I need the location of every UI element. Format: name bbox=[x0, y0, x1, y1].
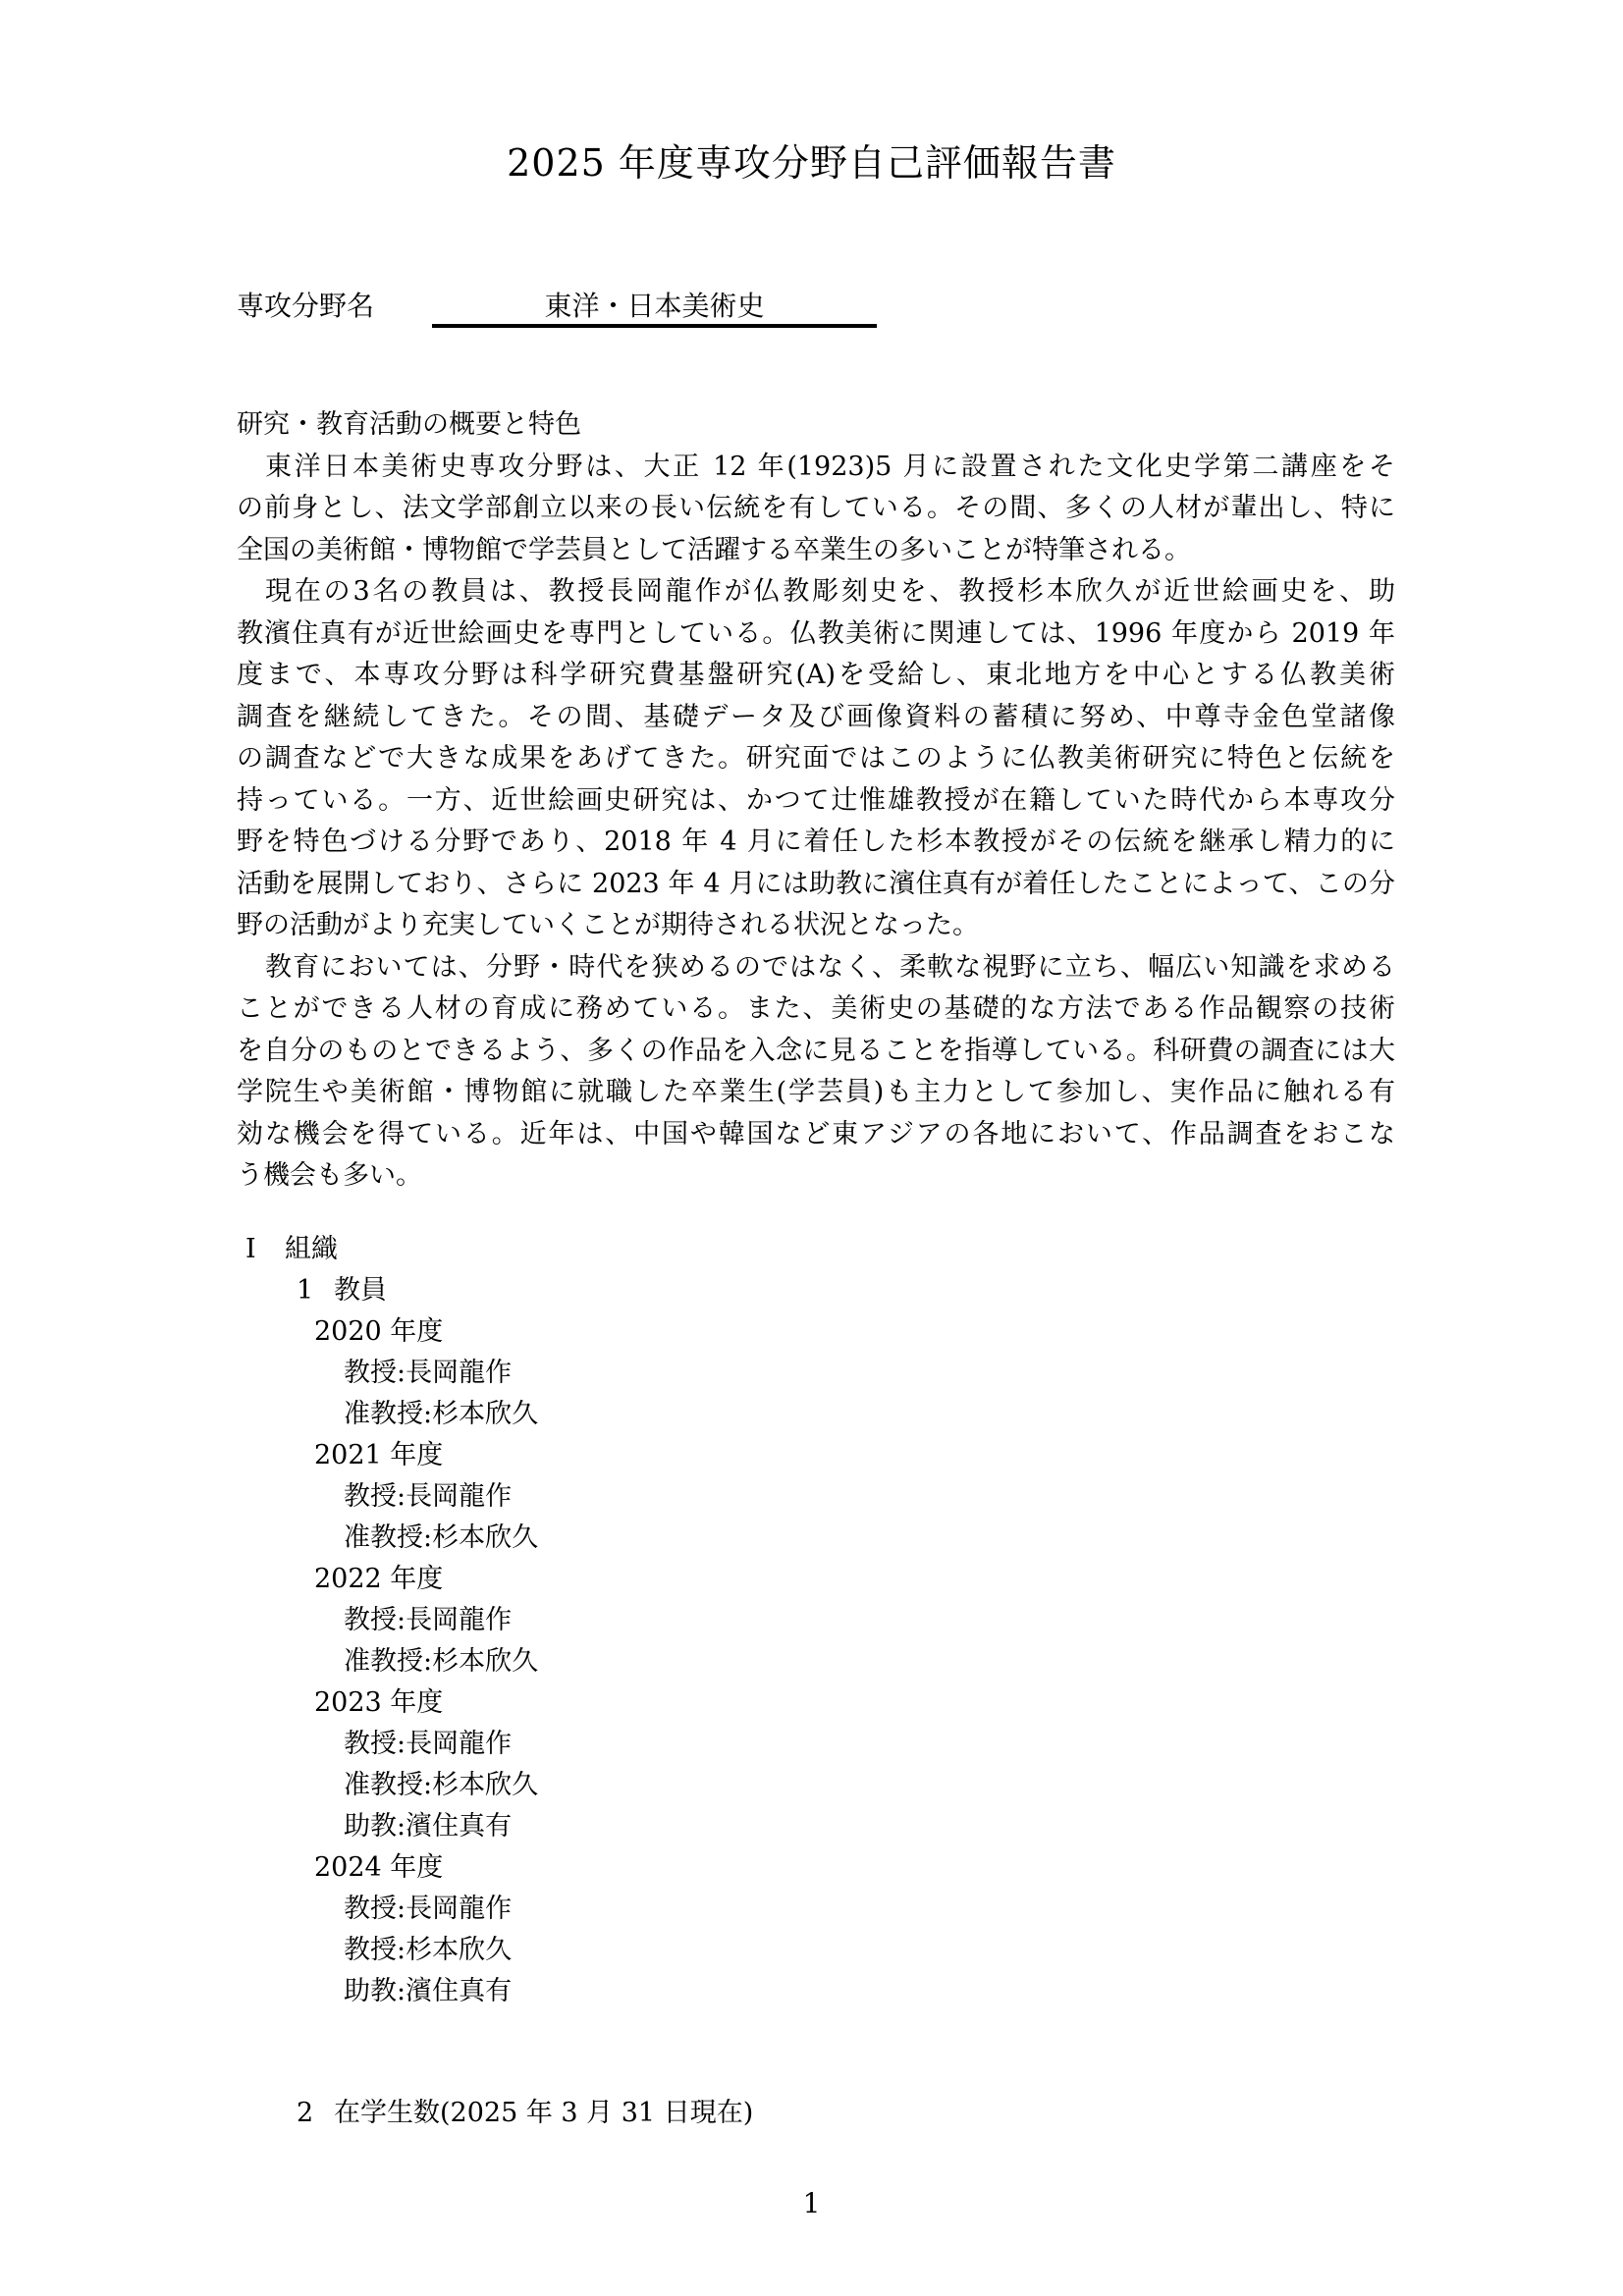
fiscal-year-label: 2022 年度 bbox=[237, 1559, 1395, 1600]
fiscal-year-label: 2021 年度 bbox=[237, 1435, 1395, 1476]
paragraph-line: 活動を展開しており、さらに 2023 年 4 月には助教に濱住真有が着任したこと… bbox=[237, 864, 1395, 906]
fiscal-year-label: 2024 年度 bbox=[237, 1847, 1395, 1889]
faculty-member: 助教:濱住真有 bbox=[237, 1971, 1395, 2012]
section-number: Ⅰ bbox=[245, 1229, 285, 1270]
subsection-heading-students: 2在学生数(2025 年 3 月 31 日現在) bbox=[237, 2093, 1395, 2134]
organization-section: Ⅰ組織 1教員 2020 年度教授:長岡龍作准教授:杉本欣久2021 年度教授:… bbox=[237, 1229, 1395, 2012]
overview-heading: 研究・教育活動の概要と特色 bbox=[237, 404, 1395, 447]
subsection-title: 教員 bbox=[334, 1275, 387, 1306]
overview-section: 研究・教育活動の概要と特色 東洋日本美術史専攻分野は、大正 12 年(1923)… bbox=[237, 404, 1395, 1198]
paragraph-line: の調査などで大きな成果をあげてきた。研究面ではこのように仏教美術研究に特色と伝統… bbox=[237, 738, 1395, 780]
document-page: 2025 年度専攻分野自己評価報告書 専攻分野名 東洋・日本美術史 研究・教育活… bbox=[0, 0, 1623, 2296]
fiscal-year-label: 2023 年度 bbox=[237, 1682, 1395, 1724]
paragraph-line: 野を特色づける分野であり、2018 年 4 月に着任した杉本教授がその伝統を継承… bbox=[237, 822, 1395, 864]
paragraph-line: 全国の美術館・博物館で学芸員として活躍する卒業生の多いことが特筆される。 bbox=[237, 530, 1395, 572]
field-name-underline: 東洋・日本美術史 bbox=[432, 285, 877, 328]
faculty-member: 教授:長岡龍作 bbox=[237, 1600, 1395, 1641]
students-section: 2在学生数(2025 年 3 月 31 日現在) bbox=[237, 2093, 1395, 2134]
paragraph-line: 野の活動がより充実していくことが期待される状況となった。 bbox=[237, 905, 1395, 947]
fiscal-year-label: 2020 年度 bbox=[237, 1311, 1395, 1353]
faculty-member: 教授:長岡龍作 bbox=[237, 1724, 1395, 1765]
field-name-value: 東洋・日本美術史 bbox=[544, 290, 764, 322]
page-number: 1 bbox=[0, 2183, 1623, 2224]
faculty-member: 教授:長岡龍作 bbox=[237, 1889, 1395, 1930]
faculty-member: 准教授:杉本欣久 bbox=[237, 1765, 1395, 1806]
faculty-year-list: 2020 年度教授:長岡龍作准教授:杉本欣久2021 年度教授:長岡龍作准教授:… bbox=[237, 1311, 1395, 2012]
section-title: 組織 bbox=[285, 1234, 338, 1264]
paragraph-line: 度まで、本専攻分野は科学研究費基盤研究(A)を受給し、東北地方を中心とする仏教美… bbox=[237, 655, 1395, 697]
faculty-member: 教授:長岡龍作 bbox=[237, 1476, 1395, 1518]
subsection-title: 在学生数(2025 年 3 月 31 日現在) bbox=[334, 2098, 753, 2128]
paragraph-line: 現在の3名の教員は、教授長岡龍作が仏教彫刻史を、教授杉本欣久が近世絵画史を、助 bbox=[237, 571, 1395, 614]
faculty-member: 教授:杉本欣久 bbox=[237, 1930, 1395, 1971]
paragraph-line: 東洋日本美術史専攻分野は、大正 12 年(1923)5 月に設置された文化史学第… bbox=[237, 447, 1395, 489]
paragraph-line: 教育においては、分野・時代を狭めるのではなく、柔軟な視野に立ち、幅広い知識を求め… bbox=[237, 947, 1395, 989]
faculty-member: 准教授:杉本欣久 bbox=[237, 1641, 1395, 1682]
document-title: 2025 年度専攻分野自己評価報告書 bbox=[0, 137, 1623, 188]
paragraph-line: 教濱住真有が近世絵画史を専門としている。仏教美術に関連しては、1996 年度から… bbox=[237, 614, 1395, 656]
section-heading-organization: Ⅰ組織 bbox=[237, 1229, 1395, 1270]
subsection-number: 2 bbox=[297, 2093, 334, 2134]
faculty-member: 准教授:杉本欣久 bbox=[237, 1518, 1395, 1559]
subsection-heading-faculty: 1教員 bbox=[237, 1270, 1395, 1311]
paragraph-line: 学院生や美術館・博物館に就職した卒業生(学芸員)も主力として参加し、実作品に触れ… bbox=[237, 1072, 1395, 1114]
field-name-label: 専攻分野名 bbox=[237, 285, 374, 328]
paragraph-line: 効な機会を得ている。近年は、中国や韓国など東アジアの各地において、作品調査をおこ… bbox=[237, 1114, 1395, 1156]
faculty-member: 准教授:杉本欣久 bbox=[237, 1394, 1395, 1435]
paragraph-line: 調査を継続してきた。その間、基礎データ及び画像資料の蓄積に努め、中尊寺金色堂諸像 bbox=[237, 697, 1395, 739]
paragraph-line: の前身とし、法文学部創立以来の長い伝統を有している。その間、多くの人材が輩出し、… bbox=[237, 488, 1395, 530]
paragraph-line: う機会も多い。 bbox=[237, 1155, 1395, 1198]
paragraph-line: ことができる人材の育成に務めている。また、美術史の基礎的な方法である作品観察の技… bbox=[237, 988, 1395, 1031]
field-name-row: 専攻分野名 東洋・日本美術史 bbox=[237, 285, 1415, 328]
faculty-member: 教授:長岡龍作 bbox=[237, 1353, 1395, 1394]
subsection-number: 1 bbox=[297, 1270, 334, 1311]
paragraph-line: を自分のものとできるよう、多くの作品を入念に見ることを指導している。科研費の調査… bbox=[237, 1031, 1395, 1073]
paragraph-line: 持っている。一方、近世絵画史研究は、かつて辻惟雄教授が在籍していた時代から本専攻… bbox=[237, 780, 1395, 823]
faculty-member: 助教:濱住真有 bbox=[237, 1806, 1395, 1847]
